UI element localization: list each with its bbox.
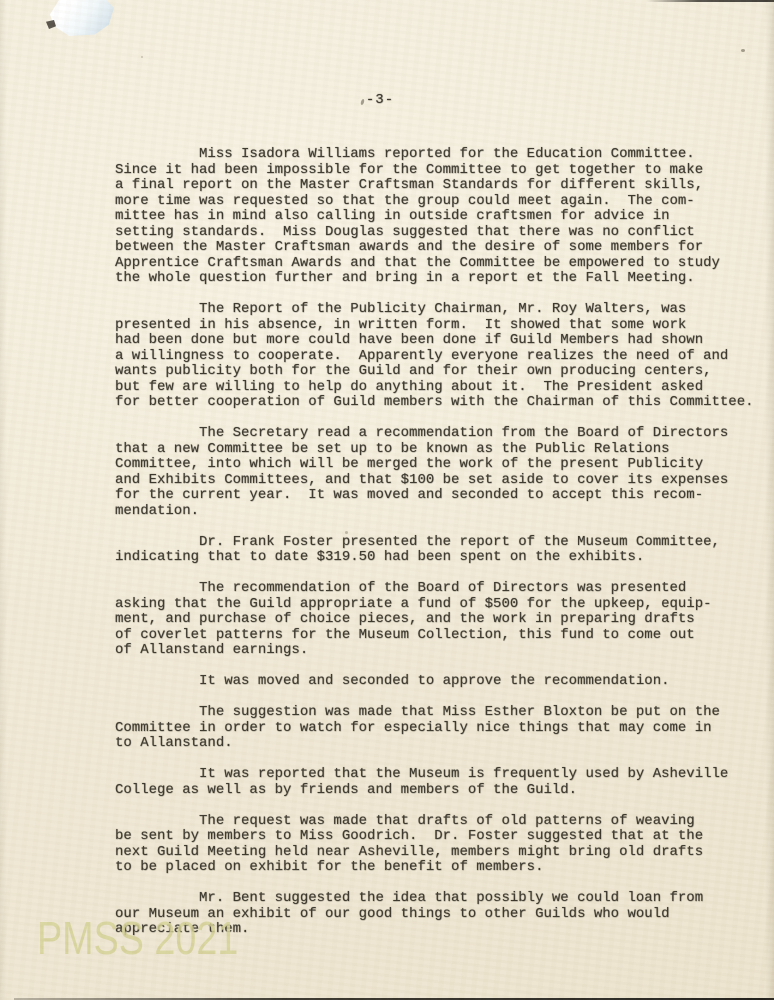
paragraph: The Secretary read a recommendation from…	[115, 426, 767, 519]
paper-speck	[141, 56, 143, 58]
paragraph: The recommendation of the Board of Direc…	[115, 581, 767, 659]
scan-edge-top-right	[646, 0, 774, 2]
paragraph: Mr. Bent suggested the idea that possibl…	[115, 891, 767, 938]
paragraph: Dr. Frank Foster presented the report of…	[115, 535, 767, 566]
paper-speck	[741, 49, 745, 52]
document-body: Miss Isadora Williams reported for the E…	[115, 147, 767, 938]
paragraph: It was moved and seconded to approve the…	[115, 674, 767, 690]
scan-shadow-left	[0, 0, 7, 1000]
paragraph: The suggestion was made that Miss Esther…	[115, 705, 767, 752]
page-number: -3-	[0, 92, 767, 108]
paragraph: It was reported that the Museum is frequ…	[115, 767, 767, 798]
scanned-document-page: -3- Miss Isadora Williams reported for t…	[0, 0, 774, 1000]
paragraph: The request was made that drafts of old …	[115, 814, 767, 876]
tape-patch	[50, 0, 114, 36]
paragraph: Miss Isadora Williams reported for the E…	[115, 147, 767, 287]
paragraph: The Report of the Publicity Chairman, Mr…	[115, 302, 767, 411]
